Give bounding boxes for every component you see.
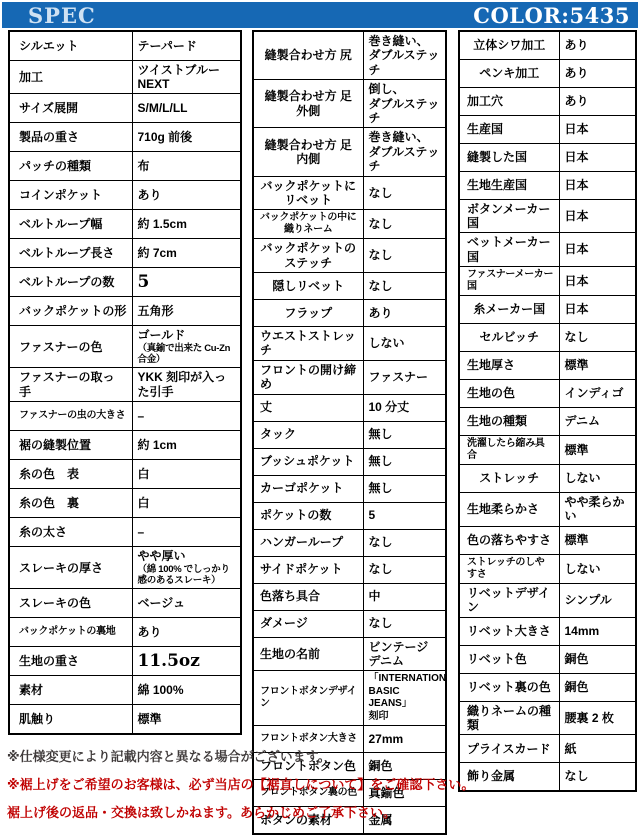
spec-row: 縫製合わせ方 足 外側倒し、 ダブルステッチ bbox=[253, 80, 446, 128]
spec-row: セルビッチなし bbox=[459, 324, 636, 352]
spec-row: 生地厚さ標準 bbox=[459, 352, 636, 380]
spec-row: 飾り金属なし bbox=[459, 763, 636, 791]
spec-label: 裾の縫製位置 bbox=[9, 431, 132, 460]
spec-row: 生地柔らかさやや柔らかい bbox=[459, 493, 636, 527]
spec-value: 日本 bbox=[559, 199, 636, 233]
spec-label: シルエット bbox=[9, 31, 132, 60]
spec-row: ファスナーの色ゴールド（真鍮で出来た Cu-Zn 合金） bbox=[9, 326, 241, 368]
spec-row: 糸メーカー国日本 bbox=[459, 296, 636, 324]
spec-value-sub: （真鍮で出来た Cu-Zn 合金） bbox=[138, 343, 236, 366]
spec-label: 丈 bbox=[253, 394, 363, 421]
spec-value: やや柔らかい bbox=[559, 493, 636, 527]
spec-value: インディゴ bbox=[559, 380, 636, 408]
spec-value: 標準 bbox=[132, 705, 241, 734]
spec-row: プライスカード紙 bbox=[459, 735, 636, 763]
spec-value: 14mm bbox=[559, 617, 636, 645]
spec-label: 加工 bbox=[9, 60, 132, 94]
spec-value: – bbox=[132, 402, 241, 431]
spec-row: 縫製合わせ方 足 内側巻き縫い、 ダブルステッチ bbox=[253, 128, 446, 176]
spec-label: 加工穴 bbox=[459, 87, 559, 115]
spec-row: 洗濯したら縮み具合標準 bbox=[459, 436, 636, 465]
spec-row: ハンガーループなし bbox=[253, 529, 446, 556]
spec-row: リベット色銅色 bbox=[459, 645, 636, 673]
spec-value: S/M/L/LL bbox=[132, 94, 241, 123]
spec-row: 立体シワ加工あり bbox=[459, 31, 636, 59]
spec-value: 日本 bbox=[559, 115, 636, 143]
spec-row: 裾の縫製位置約 1cm bbox=[9, 431, 241, 460]
spec-value: デニム bbox=[559, 408, 636, 436]
spec-value: なし bbox=[363, 610, 446, 637]
spec-value: なし bbox=[363, 239, 446, 273]
spec-value: 白 bbox=[132, 460, 241, 489]
spec-row: カーゴポケット無し bbox=[253, 475, 446, 502]
spec-row: ブッシュポケット無し bbox=[253, 448, 446, 475]
spec-value: ベージュ bbox=[132, 589, 241, 618]
spec-label: フロントの開け締め bbox=[253, 360, 363, 394]
spec-value: 腰裏 2 枚 bbox=[559, 701, 636, 735]
spec-label: ハンガーループ bbox=[253, 529, 363, 556]
spec-value: 無し bbox=[363, 448, 446, 475]
spec-value: なし bbox=[559, 324, 636, 352]
spec-row: 縫製合わせ方 尻巻き縫い、 ダブルステッチ bbox=[253, 31, 446, 80]
spec-value: 巻き縫い、 ダブルステッチ bbox=[363, 31, 446, 80]
spec-value: しない bbox=[363, 327, 446, 361]
spec-label: サイズ展開 bbox=[9, 94, 132, 123]
spec-label: リベット色 bbox=[459, 645, 559, 673]
spec-value: 無し bbox=[363, 475, 446, 502]
spec-row: 製品の重さ710g 前後 bbox=[9, 123, 241, 152]
spec-value: なし bbox=[363, 210, 446, 239]
spec-label: サイドポケット bbox=[253, 556, 363, 583]
spec-label: 糸メーカー国 bbox=[459, 296, 559, 324]
spec-row: スレーキの厚さやや厚い（綿 100% でしっかり感のあるスレーキ） bbox=[9, 547, 241, 589]
spec-label: 縫製した国 bbox=[459, 143, 559, 171]
spec-row: 生産国日本 bbox=[459, 115, 636, 143]
spec-label: リベット裏の色 bbox=[459, 673, 559, 701]
spec-row: 糸の太さ– bbox=[9, 518, 241, 547]
spec-label: ベルトループの数 bbox=[9, 268, 132, 297]
spec-row: リベット大きさ14mm bbox=[459, 617, 636, 645]
spec-value: 綿 100% bbox=[132, 676, 241, 705]
spec-row: ペンキ加工あり bbox=[459, 59, 636, 87]
spec-value: あり bbox=[363, 300, 446, 327]
spec-label: ファスナーの色 bbox=[9, 326, 132, 368]
spec-label: 生地柔らかさ bbox=[459, 493, 559, 527]
spec-label: 製品の重さ bbox=[9, 123, 132, 152]
spec-value: 11.5oz bbox=[132, 647, 241, 676]
spec-value: やや厚い（綿 100% でしっかり感のあるスレーキ） bbox=[132, 547, 241, 589]
spec-row: 丈10 分丈 bbox=[253, 394, 446, 421]
spec-title: SPEC bbox=[28, 3, 96, 28]
spec-label: 糸の色 裏 bbox=[9, 489, 132, 518]
spec-label: バックポケットの裏地 bbox=[9, 618, 132, 647]
spec-label: ペンキ加工 bbox=[459, 59, 559, 87]
spec-row: サイズ展開S/M/L/LL bbox=[9, 94, 241, 123]
spec-value: 710g 前後 bbox=[132, 123, 241, 152]
spec-value: 日本 bbox=[559, 267, 636, 296]
spec-value: テーパード bbox=[132, 31, 241, 60]
spec-row: バックポケットの ステッチなし bbox=[253, 239, 446, 273]
spec-label: フラップ bbox=[253, 300, 363, 327]
spec-row: 加工穴あり bbox=[459, 87, 636, 115]
spec-row: スレーキの色ベージュ bbox=[9, 589, 241, 618]
spec-label: バックポケットに リベット bbox=[253, 176, 363, 210]
spec-label: 糸の太さ bbox=[9, 518, 132, 547]
spec-label: 生地の重さ bbox=[9, 647, 132, 676]
spec-row: ポケットの数5 bbox=[253, 502, 446, 529]
spec-row: 生地の重さ11.5oz bbox=[9, 647, 241, 676]
spec-row: ベルトループ幅約 1.5cm bbox=[9, 210, 241, 239]
spec-value: なし bbox=[363, 529, 446, 556]
spec-value: 標準 bbox=[559, 436, 636, 465]
spec-value: 無し bbox=[363, 421, 446, 448]
spec-label: リベットデザイン bbox=[459, 583, 559, 617]
spec-row: 隠しリベットなし bbox=[253, 273, 446, 300]
spec-value: 布 bbox=[132, 152, 241, 181]
spec-label: ファスナーの虫の大きさ bbox=[9, 402, 132, 431]
spec-row: 色の落ちやすさ標準 bbox=[459, 526, 636, 554]
spec-row: 生地の名前ビンテージデニム bbox=[253, 637, 446, 671]
spec-value: 白 bbox=[132, 489, 241, 518]
spec-table-right: 立体シワ加工ありペンキ加工あり加工穴あり生産国日本縫製した国日本生地生産国日本ボ… bbox=[458, 30, 637, 792]
spec-row: 加工ツイストブルー NEXT bbox=[9, 60, 241, 94]
spec-value: 5 bbox=[363, 502, 446, 529]
spec-label: バックポケットの形 bbox=[9, 297, 132, 326]
spec-label: 色の落ちやすさ bbox=[459, 526, 559, 554]
spec-label: スレーキの厚さ bbox=[9, 547, 132, 589]
spec-label: 洗濯したら縮み具合 bbox=[459, 436, 559, 465]
spec-label: 生地厚さ bbox=[459, 352, 559, 380]
spec-value: 五角形 bbox=[132, 297, 241, 326]
spec-row: フロントボタンデザイン「INTERNATIONAL BASIC JEANS」 刻… bbox=[253, 671, 446, 726]
spec-row: バックポケットの形五角形 bbox=[9, 297, 241, 326]
spec-value: 標準 bbox=[559, 526, 636, 554]
spec-label: 肌触り bbox=[9, 705, 132, 734]
spec-row: ダメージなし bbox=[253, 610, 446, 637]
spec-value: 日本 bbox=[559, 143, 636, 171]
spec-row: フラップあり bbox=[253, 300, 446, 327]
spec-label: セルビッチ bbox=[459, 324, 559, 352]
spec-label: ファスナーの取っ手 bbox=[9, 368, 132, 402]
spec-row: 糸の色 裏白 bbox=[9, 489, 241, 518]
spec-value: – bbox=[132, 518, 241, 547]
spec-value: 銅色 bbox=[559, 645, 636, 673]
footer-note-hemming: ※裾上げをご希望のお客様は、必ず当店の【裾直しについて】をご確認下さい。 bbox=[7, 774, 477, 793]
spec-label: リベット大きさ bbox=[459, 617, 559, 645]
spec-label: ブッシュポケット bbox=[253, 448, 363, 475]
spec-row: ストレッチしない bbox=[459, 465, 636, 493]
spec-row: 糸の色 表白 bbox=[9, 460, 241, 489]
spec-row: バックポケットの裏地あり bbox=[9, 618, 241, 647]
color-code-label: COLOR:5435 bbox=[473, 3, 630, 28]
spec-row: ボタンメーカー国日本 bbox=[459, 199, 636, 233]
spec-row: リベットデザインシンプル bbox=[459, 583, 636, 617]
spec-value: 5 bbox=[132, 268, 241, 297]
spec-value: なし bbox=[363, 556, 446, 583]
spec-label: ストレッチ bbox=[459, 465, 559, 493]
spec-label: ウエストストレッチ bbox=[253, 327, 363, 361]
spec-label: 縫製合わせ方 足 内側 bbox=[253, 128, 363, 176]
spec-value: 標準 bbox=[559, 352, 636, 380]
spec-label: タック bbox=[253, 421, 363, 448]
spec-value: しない bbox=[559, 465, 636, 493]
spec-value-sub: （綿 100% でしっかり感のあるスレーキ） bbox=[138, 564, 236, 587]
spec-label: ポケットの数 bbox=[253, 502, 363, 529]
spec-value: 紙 bbox=[559, 735, 636, 763]
spec-label: ストレッチのしやすさ bbox=[459, 554, 559, 583]
spec-row: ファスナーの虫の大きさ– bbox=[9, 402, 241, 431]
spec-label: ベットメーカー国 bbox=[459, 233, 559, 267]
spec-label: 生地の名前 bbox=[253, 637, 363, 671]
spec-row: 生地の種類デニム bbox=[459, 408, 636, 436]
spec-value: ファスナー bbox=[363, 360, 446, 394]
spec-value: 約 1.5cm bbox=[132, 210, 241, 239]
header-bar: SPEC COLOR:5435 bbox=[2, 2, 638, 28]
spec-value: あり bbox=[132, 618, 241, 647]
spec-label: スレーキの色 bbox=[9, 589, 132, 618]
spec-label: 立体シワ加工 bbox=[459, 31, 559, 59]
spec-label: 生地生産国 bbox=[459, 171, 559, 199]
spec-label: バックポケットの ステッチ bbox=[253, 239, 363, 273]
spec-row: パッチの種類布 bbox=[9, 152, 241, 181]
spec-value: 「INTERNATIONAL BASIC JEANS」 刻印 bbox=[363, 671, 446, 726]
spec-label: 生産国 bbox=[459, 115, 559, 143]
spec-value: あり bbox=[559, 59, 636, 87]
spec-table-middle: 縫製合わせ方 尻巻き縫い、 ダブルステッチ縫製合わせ方 足 外側倒し、 ダブルス… bbox=[252, 30, 447, 835]
spec-row: 織りネームの種類腰裏 2 枚 bbox=[459, 701, 636, 735]
spec-row: 生地の色インディゴ bbox=[459, 380, 636, 408]
spec-value: 約 7cm bbox=[132, 239, 241, 268]
spec-label: ダメージ bbox=[253, 610, 363, 637]
footer-notes: ※仕様変更により記載内容と異なる場合がございます。 ※裾上げをご希望のお客様は、… bbox=[7, 746, 477, 830]
spec-row: リベット裏の色銅色 bbox=[459, 673, 636, 701]
spec-row: ベルトループの数5 bbox=[9, 268, 241, 297]
spec-value: 倒し、 ダブルステッチ bbox=[363, 80, 446, 128]
spec-value: YKK 刻印が入った引手 bbox=[132, 368, 241, 402]
spec-value: 巻き縫い、 ダブルステッチ bbox=[363, 128, 446, 176]
spec-label: 糸の色 表 bbox=[9, 460, 132, 489]
spec-label: ベルトループ幅 bbox=[9, 210, 132, 239]
spec-value: あり bbox=[132, 181, 241, 210]
spec-row: ファスナーの取っ手YKK 刻印が入った引手 bbox=[9, 368, 241, 402]
footer-note-spec-change: ※仕様変更により記載内容と異なる場合がございます。 bbox=[7, 746, 477, 765]
spec-value: 約 1cm bbox=[132, 431, 241, 460]
footer-note-returns: 裾上げ後の返品・交換は致しかねます。あらかじめご了承下さい。 bbox=[7, 802, 477, 821]
spec-label: ベルトループ長さ bbox=[9, 239, 132, 268]
spec-row: 色落ち具合中 bbox=[253, 583, 446, 610]
spec-label: 素材 bbox=[9, 676, 132, 705]
spec-value: なし bbox=[363, 273, 446, 300]
spec-row: 肌触り標準 bbox=[9, 705, 241, 734]
spec-label: ファスナーメーカー国 bbox=[459, 267, 559, 296]
spec-value: ゴールド（真鍮で出来た Cu-Zn 合金） bbox=[132, 326, 241, 368]
spec-value: 10 分丈 bbox=[363, 394, 446, 421]
spec-label: 隠しリベット bbox=[253, 273, 363, 300]
spec-value: ツイストブルー NEXT bbox=[132, 60, 241, 94]
spec-row: タック無し bbox=[253, 421, 446, 448]
spec-label: 縫製合わせ方 足 外側 bbox=[253, 80, 363, 128]
spec-value: 日本 bbox=[559, 296, 636, 324]
spec-label: バックポケットの中に 織りネーム bbox=[253, 210, 363, 239]
spec-value: ビンテージデニム bbox=[363, 637, 446, 671]
spec-row: ベルトループ長さ約 7cm bbox=[9, 239, 241, 268]
spec-label: パッチの種類 bbox=[9, 152, 132, 181]
spec-value: 中 bbox=[363, 583, 446, 610]
spec-value: 日本 bbox=[559, 233, 636, 267]
spec-row: 縫製した国日本 bbox=[459, 143, 636, 171]
spec-row: ウエストストレッチしない bbox=[253, 327, 446, 361]
spec-label: コインポケット bbox=[9, 181, 132, 210]
spec-row: バックポケットに リベットなし bbox=[253, 176, 446, 210]
spec-table-left: シルエットテーパード加工ツイストブルー NEXTサイズ展開S/M/L/LL製品の… bbox=[8, 30, 242, 735]
spec-label: 生地の種類 bbox=[459, 408, 559, 436]
spec-row: サイドポケットなし bbox=[253, 556, 446, 583]
spec-row: ファスナーメーカー国日本 bbox=[459, 267, 636, 296]
spec-value: 日本 bbox=[559, 171, 636, 199]
spec-value: なし bbox=[559, 763, 636, 791]
spec-label: ボタンメーカー国 bbox=[459, 199, 559, 233]
spec-row: 生地生産国日本 bbox=[459, 171, 636, 199]
spec-row: ベットメーカー国日本 bbox=[459, 233, 636, 267]
spec-row: バックポケットの中に 織りネームなし bbox=[253, 210, 446, 239]
spec-value: なし bbox=[363, 176, 446, 210]
spec-label: 織りネームの種類 bbox=[459, 701, 559, 735]
spec-label: カーゴポケット bbox=[253, 475, 363, 502]
spec-label: 縫製合わせ方 尻 bbox=[253, 31, 363, 80]
spec-value: あり bbox=[559, 87, 636, 115]
spec-row: フロントの開け締めファスナー bbox=[253, 360, 446, 394]
spec-label: フロントボタンデザイン bbox=[253, 671, 363, 726]
spec-row: シルエットテーパード bbox=[9, 31, 241, 60]
spec-row: コインポケットあり bbox=[9, 181, 241, 210]
spec-value: 銅色 bbox=[559, 673, 636, 701]
spec-row: 素材綿 100% bbox=[9, 676, 241, 705]
spec-value: シンプル bbox=[559, 583, 636, 617]
spec-value: あり bbox=[559, 31, 636, 59]
spec-label: 色落ち具合 bbox=[253, 583, 363, 610]
spec-value: しない bbox=[559, 554, 636, 583]
spec-row: ストレッチのしやすさしない bbox=[459, 554, 636, 583]
spec-label: 生地の色 bbox=[459, 380, 559, 408]
